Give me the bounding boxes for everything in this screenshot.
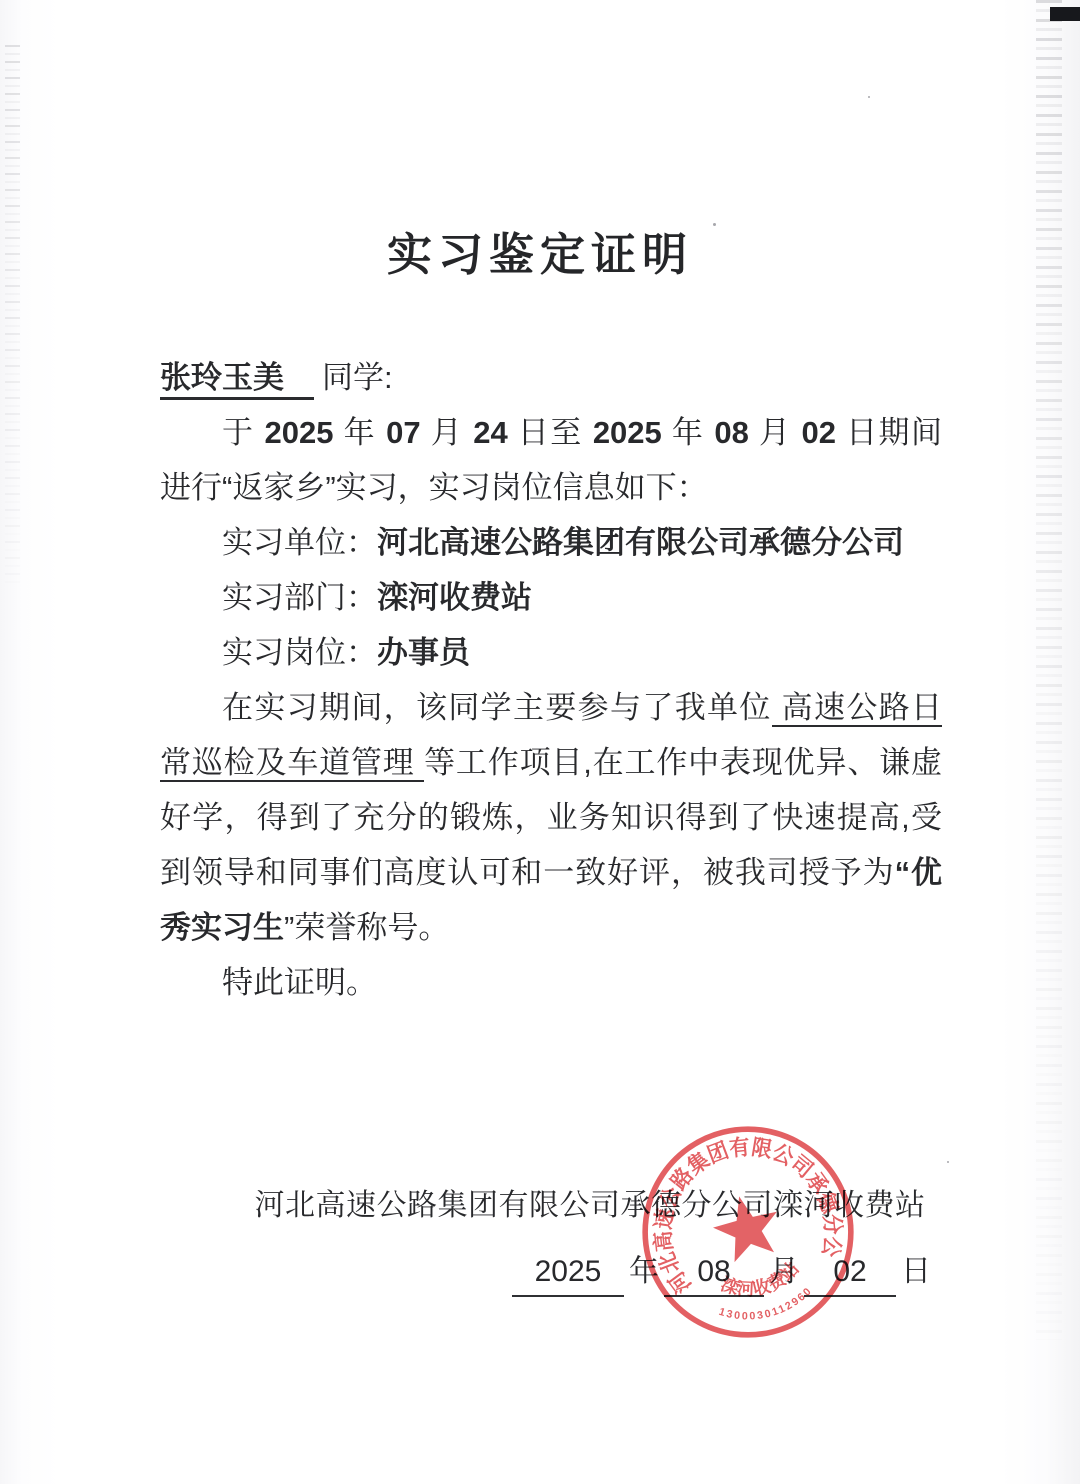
month-unit: 月 [749, 415, 802, 450]
document-body: 张玲玉美同学: 于 2025 年 07 月 24 日至 2025 年 08 月 … [160, 350, 942, 1010]
date-year: 2025 [512, 1255, 624, 1297]
to-label: 日至 [508, 415, 593, 450]
document-title: 实习鉴定证明 [0, 218, 1080, 283]
year-unit: 年 [334, 415, 387, 450]
scan-speck [947, 1161, 949, 1163]
appraisal-part3: ”荣誉称号。 [284, 910, 449, 945]
end-day: 02 [802, 415, 836, 450]
appraisal-part1: 在实习期间，该同学主要参与了我单位 [222, 690, 772, 725]
end-year: 2025 [593, 415, 662, 450]
closing-line: 特此证明。 [160, 955, 942, 1010]
month-unit: 月 [421, 415, 474, 450]
salutation-suffix: 同学: [322, 360, 393, 395]
field-unit-value: 河北高速公路集团有限公司承德分公司 [377, 525, 904, 560]
student-name: 张玲玉美 [160, 360, 314, 400]
intro-prefix: 于 [222, 415, 265, 450]
scan-artifact-right-edge [1036, 0, 1062, 1340]
start-month: 07 [386, 415, 420, 450]
end-month: 08 [714, 415, 748, 450]
field-department-value: 滦河收费站 [377, 580, 532, 615]
field-department: 实习部门：滦河收费站 [160, 570, 942, 625]
scan-artifact-corner-mark [1050, 7, 1080, 21]
intro-paragraph: 于 2025 年 07 月 24 日至 2025 年 08 月 02 日期间进行… [160, 405, 942, 515]
salutation-line: 张玲玉美同学: [160, 350, 942, 405]
company-seal-stamp: 河北高速公路集团有限公司承德分公司 滦河收费站 1300030112960 [612, 1096, 884, 1368]
field-position-label: 实习岗位： [222, 635, 377, 670]
appraisal-paragraph: 在实习期间，该同学主要参与了我单位 高速公路日常巡检及车道管理 等工作项目,在工… [160, 680, 942, 955]
field-unit: 实习单位：河北高速公路集团有限公司承德分公司 [160, 515, 942, 570]
start-year: 2025 [265, 415, 334, 450]
stamp-star-icon [707, 1188, 786, 1265]
field-unit-label: 实习单位： [222, 525, 377, 560]
date-day-unit: 日 [901, 1246, 931, 1290]
scanned-page: 实习鉴定证明 张玲玉美同学: 于 2025 年 07 月 24 日至 2025 … [0, 0, 1080, 1484]
scan-speck [868, 96, 870, 98]
field-position-value: 办事员 [377, 635, 470, 670]
signature-company: 河北高速公路集团有限公司承德分公司滦河收费站 [140, 1180, 1040, 1224]
field-department-label: 实习部门： [222, 580, 377, 615]
field-position: 实习岗位：办事员 [160, 625, 942, 680]
start-day: 24 [473, 415, 507, 450]
year-unit: 年 [662, 415, 715, 450]
scan-artifact-left-edge [5, 45, 20, 585]
